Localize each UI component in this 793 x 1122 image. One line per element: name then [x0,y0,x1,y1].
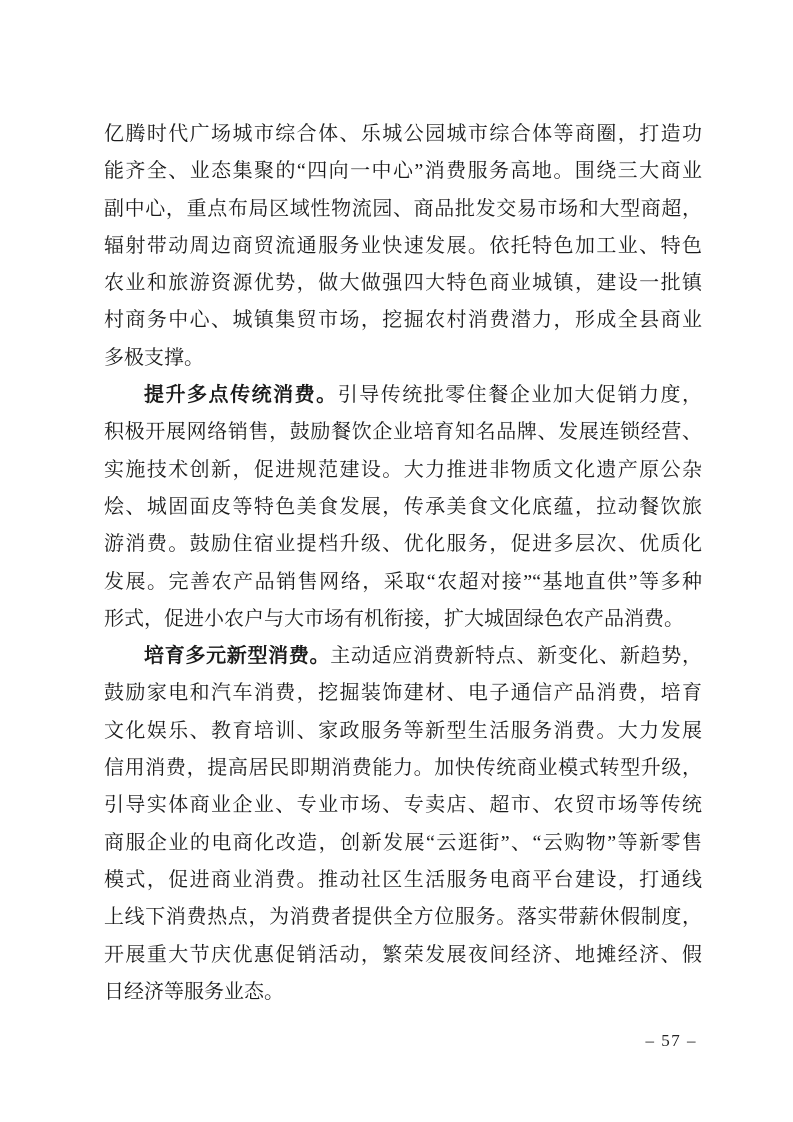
text-line: 亿腾时代广场城市综合体、乐城公园城市综合体等商圈，打造功 [104,116,702,153]
text-line: 多极支撑。 [104,340,702,377]
document-page: 亿腾时代广场城市综合体、乐城公园城市综合体等商圈，打造功 能齐全、业态集聚的“四… [0,0,793,1122]
text-line: 引导实体商业企业、专业市场、专卖店、超市、农贸市场等传统 [104,787,702,824]
paragraph: 亿腾时代广场城市综合体、乐城公园城市综合体等商圈，打造功 能齐全、业态集聚的“四… [104,116,702,377]
text-line: 商服企业的电商化改造，创新发展“云逛街”、“云购物”等新零售 [104,825,702,862]
text-line: 辐射带动周边商贸流通服务业快速发展。依托特色加工业、特色 [104,228,702,265]
text-line: 提升多点传统消费。引导传统批零住餐企业加大促销力度， [104,377,702,414]
paragraph-lead-rest: 主动适应消费新特点、新变化、新趋势， [330,645,702,667]
text-line: 积极开展网络销售，鼓励餐饮企业培育知名品牌、发展连锁经营、 [104,414,702,451]
text-line: 日经济等服务业态。 [104,974,702,1011]
text-line: 副中心，重点布局区域性物流园、商品批发交易市场和大型商超， [104,191,702,228]
page-number: – 57 – [646,1031,698,1051]
text-line: 模式，促进商业消费。推动社区生活服务电商平台建设，打通线 [104,862,702,899]
text-line: 上线下消费热点，为消费者提供全方位服务。落实带薪休假制度， [104,899,702,936]
text-line: 农业和旅游资源优势，做大做强四大特色商业城镇，建设一批镇 [104,265,702,302]
text-line: 信用消费，提高居民即期消费能力。加快传统商业模式转型升级， [104,750,702,787]
text-line: 村商务中心、城镇集贸市场，挖掘农村消费潜力，形成全县商业 [104,302,702,339]
paragraph: 提升多点传统消费。引导传统批零住餐企业加大促销力度， 积极开展网络销售，鼓励餐饮… [104,377,702,638]
text-line: 能齐全、业态集聚的“四向一中心”消费服务高地。围绕三大商业 [104,153,702,190]
paragraph: 培育多元新型消费。主动适应消费新特点、新变化、新趋势， 鼓励家电和汽车消费，挖掘… [104,638,702,1011]
document-text-block: 亿腾时代广场城市综合体、乐城公园城市综合体等商圈，打造功 能齐全、业态集聚的“四… [104,116,702,1011]
text-line: 培育多元新型消费。主动适应消费新特点、新变化、新趋势， [104,638,702,675]
text-line: 发展。完善农产品销售网络，采取“农超对接”“基地直供”等多种 [104,564,702,601]
paragraph-lead: 提升多点传统消费。 [144,384,338,406]
text-line: 形式，促进小农户与大市场有机衔接，扩大城固绿色农产品消费。 [104,601,702,638]
text-line: 实施技术创新，促进规范建设。大力推进非物质文化遗产原公杂 [104,452,702,489]
text-line: 烩、城固面皮等特色美食发展，传承美食文化底蕴，拉动餐饮旅 [104,489,702,526]
paragraph-lead-rest: 引导传统批零住餐企业加大促销力度， [338,384,702,406]
text-line: 文化娱乐、教育培训、家政服务等新型生活服务消费。大力发展 [104,713,702,750]
text-line: 鼓励家电和汽车消费，挖掘装饰建材、电子通信产品消费，培育 [104,675,702,712]
paragraph-lead: 培育多元新型消费。 [144,645,330,667]
text-line: 游消费。鼓励住宿业提档升级、优化服务，促进多层次、优质化 [104,526,702,563]
text-line: 开展重大节庆优惠促销活动，繁荣发展夜间经济、地摊经济、假 [104,937,702,974]
